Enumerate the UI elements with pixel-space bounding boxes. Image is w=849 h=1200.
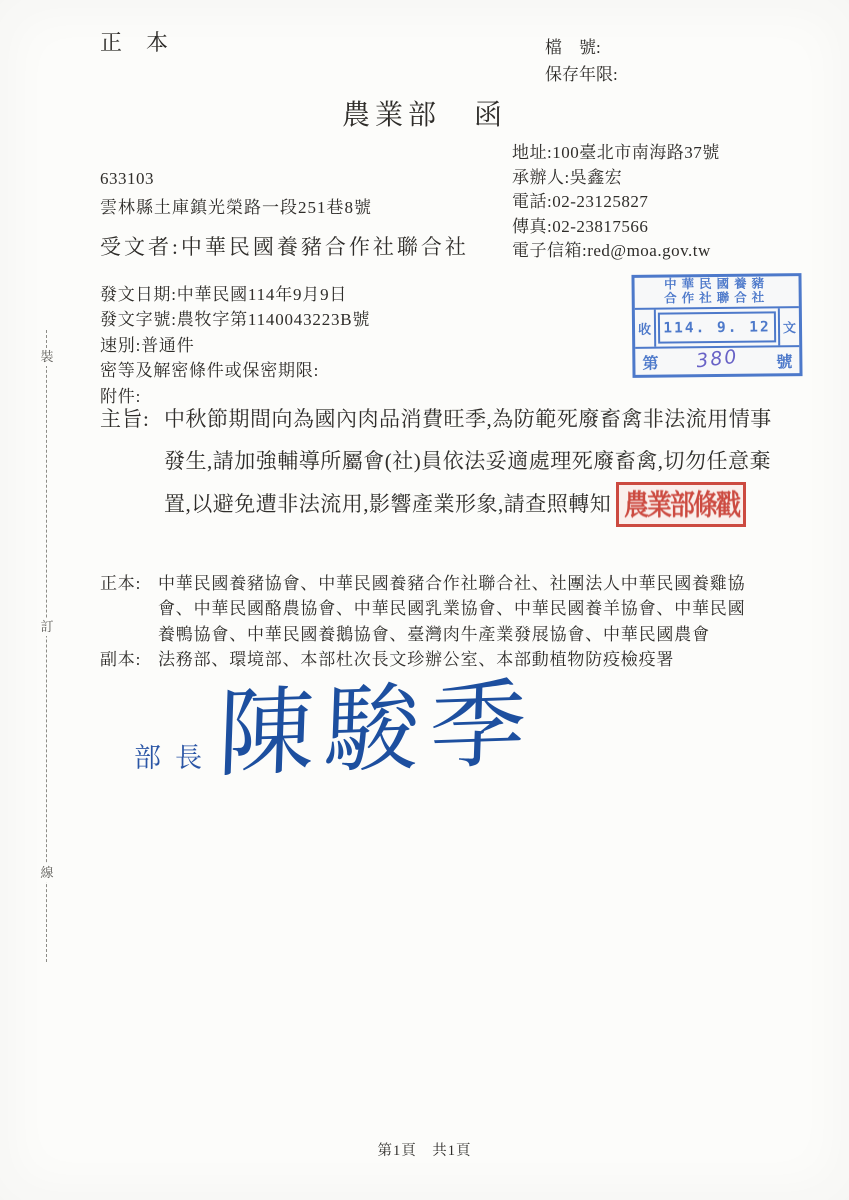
subject-body: 中秋節期間向為國內肉品消費旺季,為防範死廢畜禽非法流用情事發生,請加強輔導所屬會… xyxy=(164,398,784,527)
distribution-main-row: 正本: 中華民國養豬協會、中華民國養豬合作社聯合社、社團法人中華民國養雞協會、中… xyxy=(100,571,762,647)
document-meta-block: 發文日期:中華民國114年9月9日 發文字號:農牧字第1140043223B號 … xyxy=(100,282,370,409)
agency-contact-block: 地址:100臺北市南海路37號 承辦人:吳鑫宏 電話:02-23125827 傳… xyxy=(512,141,720,264)
received-stamp-number-suffix: 號 xyxy=(776,349,792,372)
issue-date: 發文日期:中華民國114年9月9日 xyxy=(100,282,370,307)
received-stamp-number-prefix: 第 xyxy=(642,350,658,373)
file-number-label: 檔 號: xyxy=(545,34,618,61)
subject-block: 主旨: 中秋節期間向為國內肉品消費旺季,為防範死廢畜禽非法流用情事發生,請加強輔… xyxy=(100,398,784,527)
distribution-block: 正本: 中華民國養豬協會、中華民國養豬合作社聯合社、社團法人中華民國養雞協會、中… xyxy=(100,571,762,673)
contact-email: 電子信箱:red@moa.gov.tw xyxy=(512,239,720,264)
agency-address: 地址:100臺北市南海路37號 xyxy=(512,141,720,166)
file-info-block: 檔 號: 保存年限: xyxy=(545,34,618,88)
received-stamp-date: 114. 9. 12 xyxy=(658,311,776,343)
binding-mark-zhuang: 裝 xyxy=(39,348,55,366)
received-stamp: 中華民國養豬 合作社聯合社 收 114. 9. 12 文 第 380 號 xyxy=(631,273,802,378)
received-stamp-org: 中華民國養豬 合作社聯合社 xyxy=(634,276,798,310)
minister-signature: 陳駿季 xyxy=(216,666,538,792)
received-stamp-number-row: 第 380 號 xyxy=(635,347,799,375)
security-classification: 密等及解密條件或保密期限: xyxy=(100,358,370,383)
recipient-line: 受文者:中華民國養豬合作社聯合社 xyxy=(100,231,469,261)
distribution-main-label: 正本: xyxy=(100,571,158,647)
signer-title: 部長 xyxy=(134,736,216,775)
received-stamp-handwritten-number: 380 xyxy=(695,346,740,373)
issue-number: 發文字號:農牧字第1140043223B號 xyxy=(100,307,370,332)
binding-mark-ding: 訂 xyxy=(39,618,55,636)
ministry-seal-stamp: 農業部條戳 xyxy=(616,482,746,527)
received-stamp-org-line2: 合作社聯合社 xyxy=(638,291,796,306)
recipient-label: 受文者: xyxy=(100,235,181,259)
distribution-copy-row: 副本: 法務部、環境部、本部杜次長文珍辦公室、本部動植物防疫檢疫署 xyxy=(100,647,762,672)
binding-mark-xian: 線 xyxy=(39,864,55,882)
binding-margin-line: 裝 訂 線 xyxy=(46,330,47,962)
document-title: 農業部 函 xyxy=(0,93,849,133)
received-stamp-receive-char: 收 xyxy=(635,310,656,347)
contact-fax: 傳真:02-23817566 xyxy=(512,215,720,240)
contact-phone: 電話:02-23125827 xyxy=(512,190,720,215)
distribution-copy-label: 副本: xyxy=(100,647,158,672)
ministry-seal-text: 農業部條戳 xyxy=(624,484,739,527)
priority-level: 速別:普通件 xyxy=(100,333,370,358)
scanned-official-letter: 裝 訂 線 正本 檔 號: 保存年限: 農業部 函 地址:100臺北市南海路37… xyxy=(0,0,849,1200)
recipient-postal-code: 633103 xyxy=(100,169,154,189)
distribution-main-recipients: 中華民國養豬協會、中華民國養豬合作社聯合社、社團法人中華民國養雞協會、中華民國酪… xyxy=(158,571,762,647)
received-stamp-doc-char: 文 xyxy=(778,308,799,345)
page-footer: 第1頁 共1頁 xyxy=(0,1139,849,1160)
recipient-name: 中華民國養豬合作社聯合社 xyxy=(181,235,469,259)
contact-person: 承辦人:吳鑫宏 xyxy=(512,166,720,191)
copy-type-label: 正本 xyxy=(100,26,192,57)
received-stamp-middle: 收 114. 9. 12 文 xyxy=(635,308,799,349)
subject-label: 主旨: xyxy=(100,398,164,527)
retention-period-label: 保存年限: xyxy=(545,61,618,88)
recipient-street-address: 雲林縣土庫鎮光榮路一段251巷8號 xyxy=(100,193,372,218)
